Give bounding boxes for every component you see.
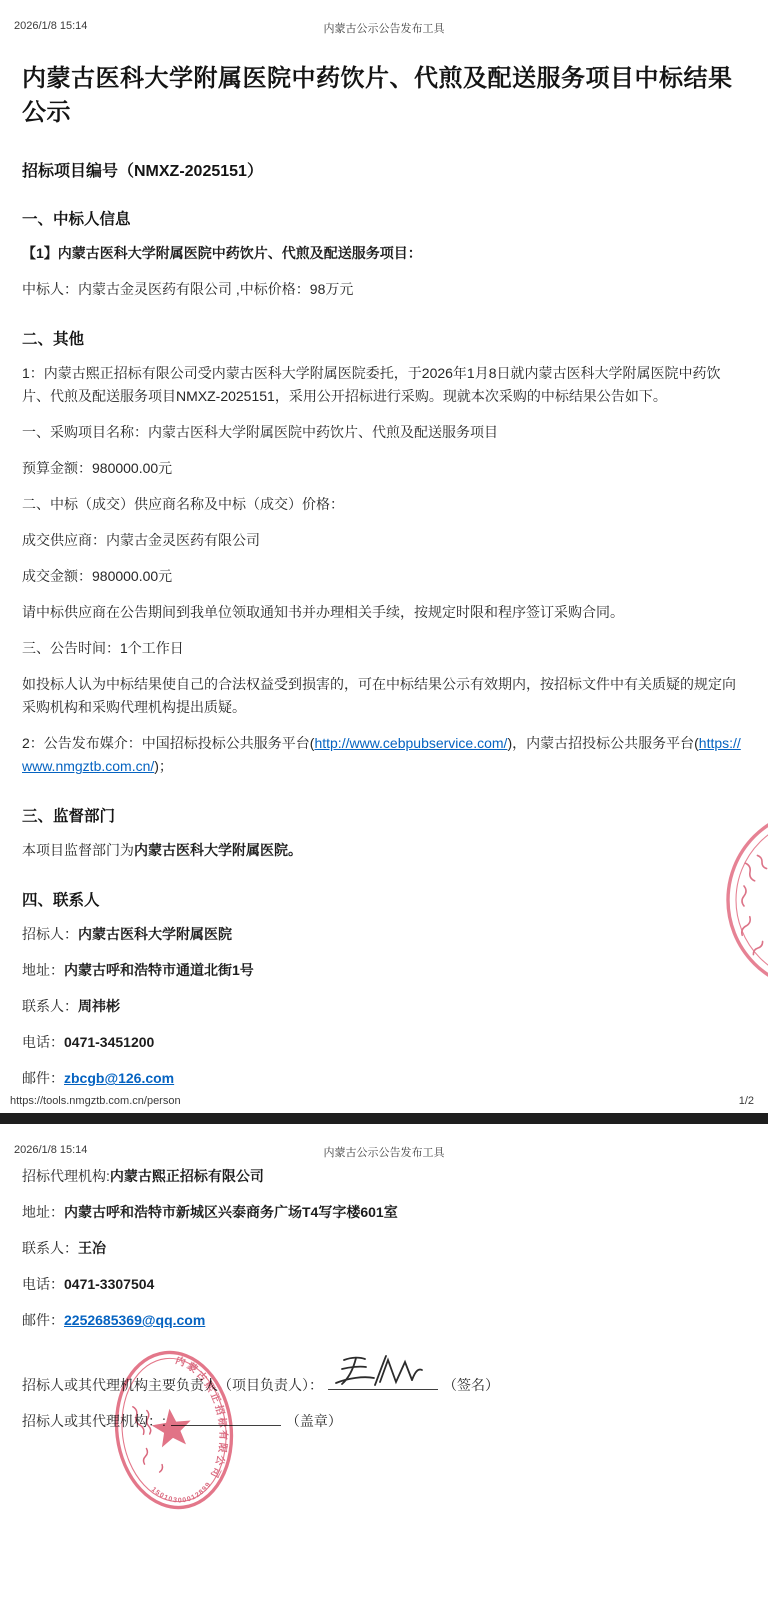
handwritten-signature [330, 1348, 430, 1394]
page1-footer: https://tools.nmgztb.com.cn/person 1/2 [10, 1095, 754, 1107]
page2-header: 2026/1/8 15:14 内蒙古公示公告发布工具 [0, 1124, 768, 1156]
section-supervision-heading: 三、监督部门 [22, 804, 746, 826]
page-2: 2026/1/8 15:14 内蒙古公示公告发布工具 招标代理机构:内蒙古熙正招… [0, 1124, 768, 1597]
signature-label: 招标人或其代理机构主要负责人（项目负责人）： [22, 1377, 323, 1393]
section-winner-heading: 一、中标人信息 [22, 207, 746, 229]
signature-block: 招标人或其代理机构主要负责人（项目负责人）：（签名） 招标人或其代理机构：:（盖… [22, 1374, 746, 1433]
lot-heading: 【1】内蒙古医科大学附属医院中药饮片、代煎及配送服务项目： [22, 242, 746, 265]
svg-text:15010300012899: 15010300012899 [149, 1479, 215, 1508]
media-line: 2：公告发布媒介：中国招标投标公共服务平台(http://www.cebpubs… [22, 732, 746, 778]
responsible-person-signature-line: 招标人或其代理机构主要负责人（项目负责人）：（签名） [22, 1374, 746, 1397]
procurement-intro: 1：内蒙古熙正招标有限公司受内蒙古医科大学附属医院委托，于2026年1月8日就内… [22, 362, 746, 408]
project-number: 招标项目编号（NMXZ-2025151） [22, 158, 746, 181]
section-contact-heading: 四、联系人 [22, 888, 746, 910]
seal-field [171, 1412, 281, 1426]
page1-header: 2026/1/8 15:14 内蒙古公示公告发布工具 [0, 0, 768, 32]
media-text-1: 2：公告发布媒介：中国招标投标公共服务平台( [22, 735, 314, 751]
bidder-row: 招标人：内蒙古医科大学附属医院 [22, 923, 746, 946]
supervision-prefix: 本项目监督部门为 [22, 842, 134, 858]
supplier-line: 成交供应商：内蒙古金灵医药有限公司 [22, 529, 746, 552]
page2-content: 招标代理机构:内蒙古熙正招标有限公司 地址：内蒙古呼和浩特市新城区兴泰商务广场T… [0, 1165, 768, 1433]
budget-line: 预算金额：980000.00元 [22, 457, 746, 480]
media-text-2: )，内蒙古招投标公共服务平台 [507, 735, 694, 751]
section-other-heading: 二、其他 [22, 327, 746, 349]
email-row: 邮件：zbcgb@126.com [22, 1067, 746, 1090]
announcement-period-line: 三、公告时间：1个工作日 [22, 637, 746, 660]
project-name-line: 一、采购项目名称：内蒙古医科大学附属医院中药饮片、代煎及配送服务项目 [22, 421, 746, 444]
page-1: 2026/1/8 15:14 内蒙古公示公告发布工具 内蒙古医科大学附属医院中药… [0, 0, 768, 1113]
signature-field [328, 1376, 438, 1390]
supplier-heading-line: 二、中标（成交）供应商名称及中标（成交）价格： [22, 493, 746, 516]
print-preview-document: 2026/1/8 15:14 内蒙古公示公告发布工具 内蒙古医科大学附属医院中药… [0, 0, 768, 1597]
footer-page-indicator: 1/2 [739, 1095, 754, 1107]
document-title: 内蒙古医科大学附属医院中药饮片、代煎及配送服务项目中标结果公示 [22, 62, 746, 130]
objection-paragraph: 如投标人认为中标结果使自己的合法权益受到损害的，可在中标结果公示有效期内，按招标… [22, 673, 746, 719]
agency-phone-row: 电话：0471-3307504 [22, 1273, 746, 1296]
stamp-registration-number: 15010300012899 [149, 1479, 215, 1508]
media-text-4: )； [154, 758, 173, 774]
agency-address-row: 地址：内蒙古呼和浩特市新城区兴泰商务广场T4写字楼601室 [22, 1201, 746, 1224]
phone-row: 电话：0471-3451200 [22, 1031, 746, 1054]
page1-content: 内蒙古医科大学附属医院中药饮片、代煎及配送服务项目中标结果公示 招标项目编号（N… [0, 62, 768, 1090]
address-row: 地址：内蒙古呼和浩特市通道北街1号 [22, 959, 746, 982]
agency-email-row: 邮件：2252685369@qq.com [22, 1309, 746, 1332]
notice-line: 请中标供应商在公告期间到我单位领取通知书并办理相关手续，按规定时限和程序签订采购… [22, 601, 746, 624]
supervision-line: 本项目监督部门为内蒙古医科大学附属医院。 [22, 839, 746, 862]
winner-line: 中标人：内蒙古金灵医药有限公司 ,中标价格：98万元 [22, 278, 746, 301]
agency-email-link[interactable]: 2252685369@qq.com [64, 1312, 205, 1328]
bidder-email-link[interactable]: zbcgb@126.com [64, 1070, 174, 1086]
agency-row: 招标代理机构:内蒙古熙正招标有限公司 [22, 1165, 746, 1188]
seal-label: 招标人或其代理机构：: [22, 1413, 166, 1429]
supervision-department: 内蒙古医科大学附属医院。 [134, 842, 302, 858]
seal-suffix: （盖章） [286, 1413, 342, 1429]
cebpubservice-link[interactable]: http://www.cebpubservice.com/ [314, 735, 507, 751]
agency-contact-person-row: 联系人：王冶 [22, 1237, 746, 1260]
signature-suffix: （签名） [443, 1377, 499, 1393]
amount-line: 成交金额：980000.00元 [22, 565, 746, 588]
footer-url: https://tools.nmgztb.com.cn/person [10, 1095, 181, 1107]
header-app-title: 内蒙古公示公告发布工具 [0, 20, 768, 36]
contact-person-row: 联系人：周祎彬 [22, 995, 746, 1018]
page-divider [0, 1113, 768, 1124]
header-app-title: 内蒙古公示公告发布工具 [0, 1144, 768, 1160]
seal-line: 招标人或其代理机构：:（盖章） [22, 1410, 746, 1433]
